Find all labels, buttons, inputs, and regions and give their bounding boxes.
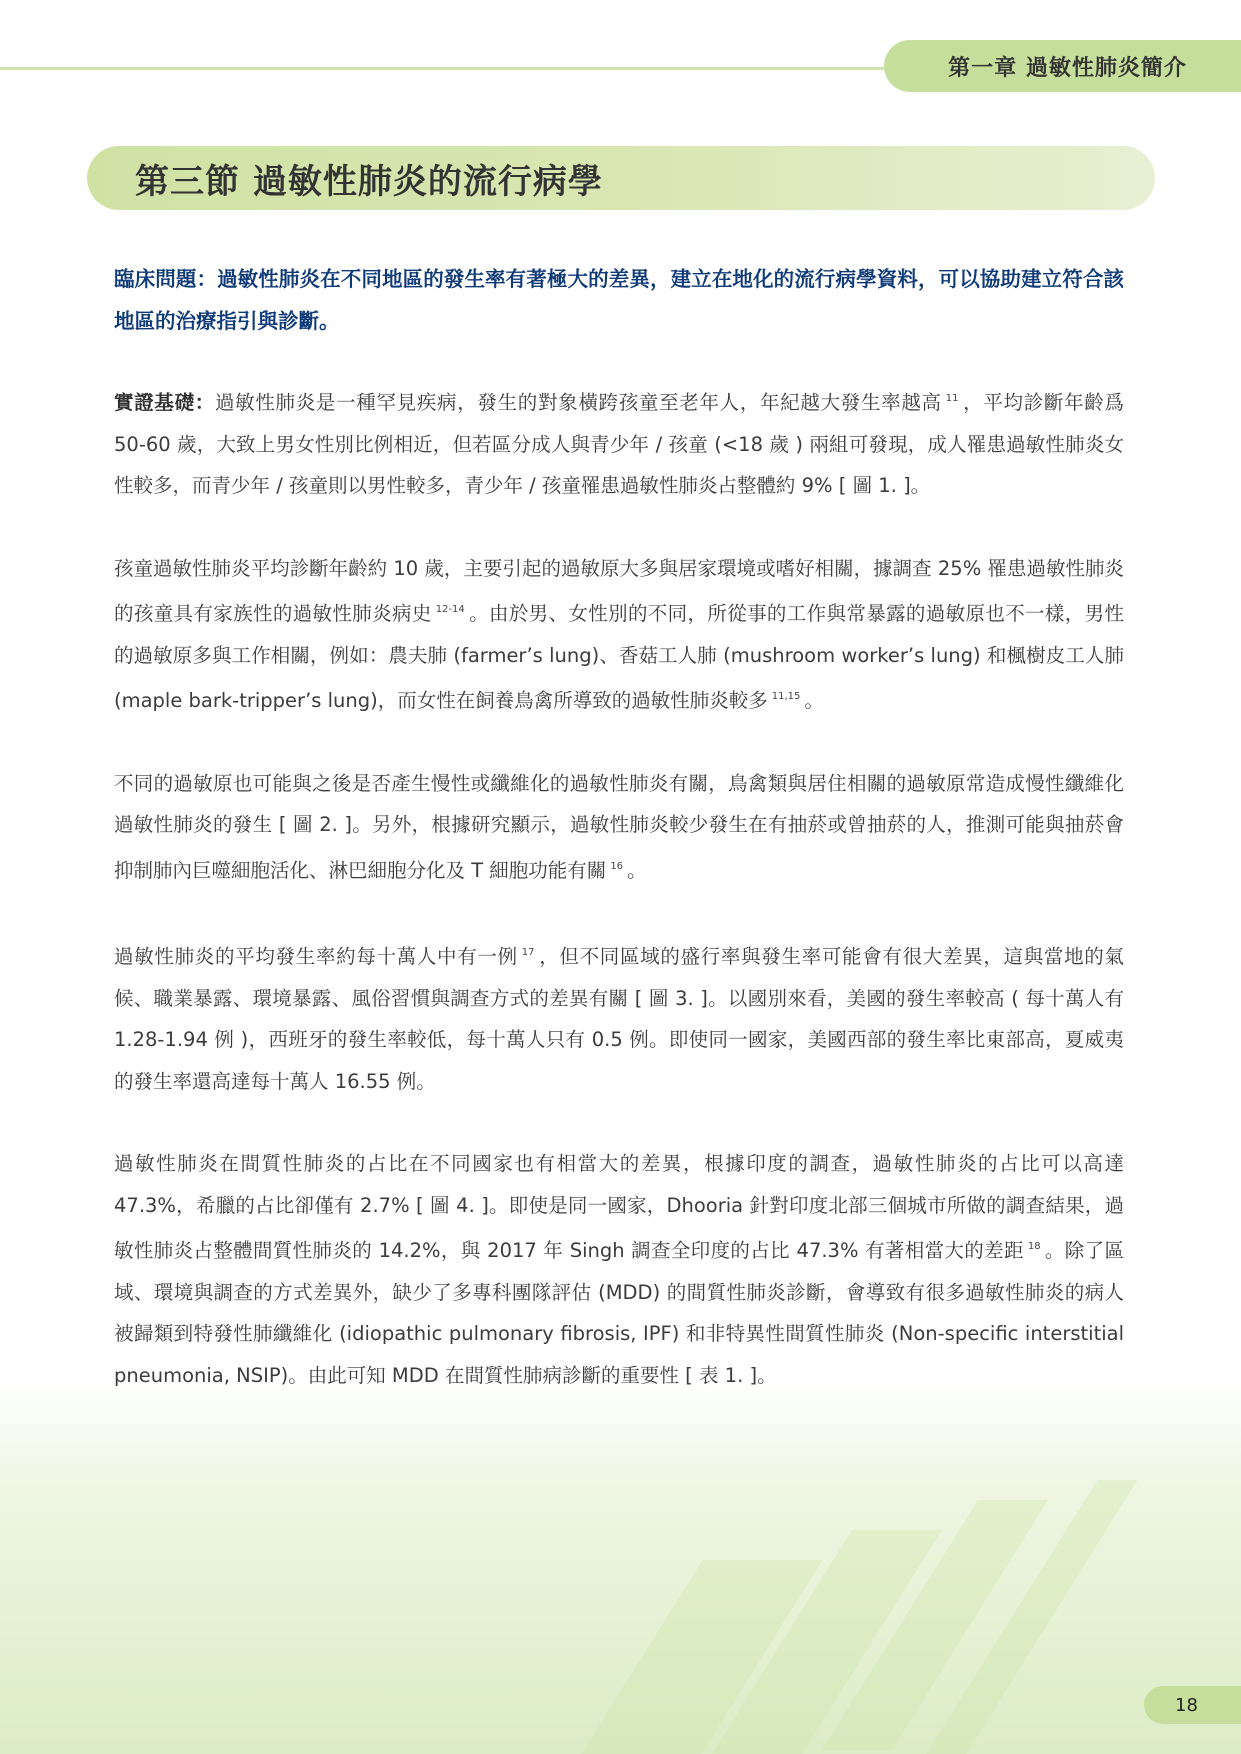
evidence-label: 實證基礎： bbox=[114, 391, 215, 414]
section-banner: 第三節 過敏性肺炎的流行病學 bbox=[87, 146, 1155, 210]
citation: 12-14 bbox=[436, 604, 465, 615]
paragraph-evidence: 實證基礎：過敏性肺炎是一種罕見疾病，發生的對象橫跨孩童至老年人，年紀越大發生率越… bbox=[114, 378, 1124, 507]
citation: 11 bbox=[946, 393, 959, 404]
chapter-title: 第一章 過敏性肺炎簡介 bbox=[938, 51, 1187, 82]
paragraph-text: 。 bbox=[804, 689, 824, 712]
main-content: 臨床問題：過敏性肺炎在不同地區的發生率有著極大的差異，建立在地化的流行病學資料，… bbox=[114, 258, 1124, 1437]
paragraph-incidence: 過敏性肺炎的平均發生率約每十萬人中有一例17，但不同區域的盛行率與發生率可能會有… bbox=[114, 932, 1124, 1102]
citation: 16 bbox=[610, 861, 623, 872]
paragraph-ild-proportion: 過敏性肺炎在間質性肺炎的占比在不同國家也有相當大的差異，根據印度的調查，過敏性肺… bbox=[114, 1143, 1124, 1396]
page-number: 18 bbox=[1175, 1695, 1210, 1716]
chapter-tab: 第一章 過敏性肺炎簡介 bbox=[884, 40, 1241, 92]
paragraph-text: 過敏性肺炎的平均發生率約每十萬人中有一例 bbox=[114, 945, 518, 968]
section-title: 第三節 過敏性肺炎的流行病學 bbox=[135, 154, 603, 203]
paragraph-children: 孩童過敏性肺炎平均診斷年齡約 10 歲，主要引起的過敏原大多與居家環境或嗜好相關… bbox=[114, 548, 1124, 722]
citation: 11,15 bbox=[772, 691, 801, 702]
paragraph-text: 過敏性肺炎在間質性肺炎的占比在不同國家也有相當大的差異，根據印度的調查，過敏性肺… bbox=[114, 1152, 1124, 1262]
paragraph-text: 過敏性肺炎是一種罕見疾病，發生的對象橫跨孩童至老年人，年紀越大發生率越高 bbox=[215, 391, 942, 414]
citation: 17 bbox=[522, 947, 535, 958]
citation: 18 bbox=[1028, 1241, 1041, 1252]
page-number-tab: 18 bbox=[1144, 1686, 1241, 1724]
clinical-question: 臨床問題：過敏性肺炎在不同地區的發生率有著極大的差異，建立在地化的流行病學資料，… bbox=[114, 258, 1124, 342]
paragraph-allergens: 不同的過敏原也可能與之後是否產生慢性或纖維化的過敏性肺炎有關，鳥禽類與居住相關的… bbox=[114, 763, 1124, 892]
header-rule bbox=[0, 67, 900, 70]
paragraph-text: 。 bbox=[627, 859, 647, 882]
